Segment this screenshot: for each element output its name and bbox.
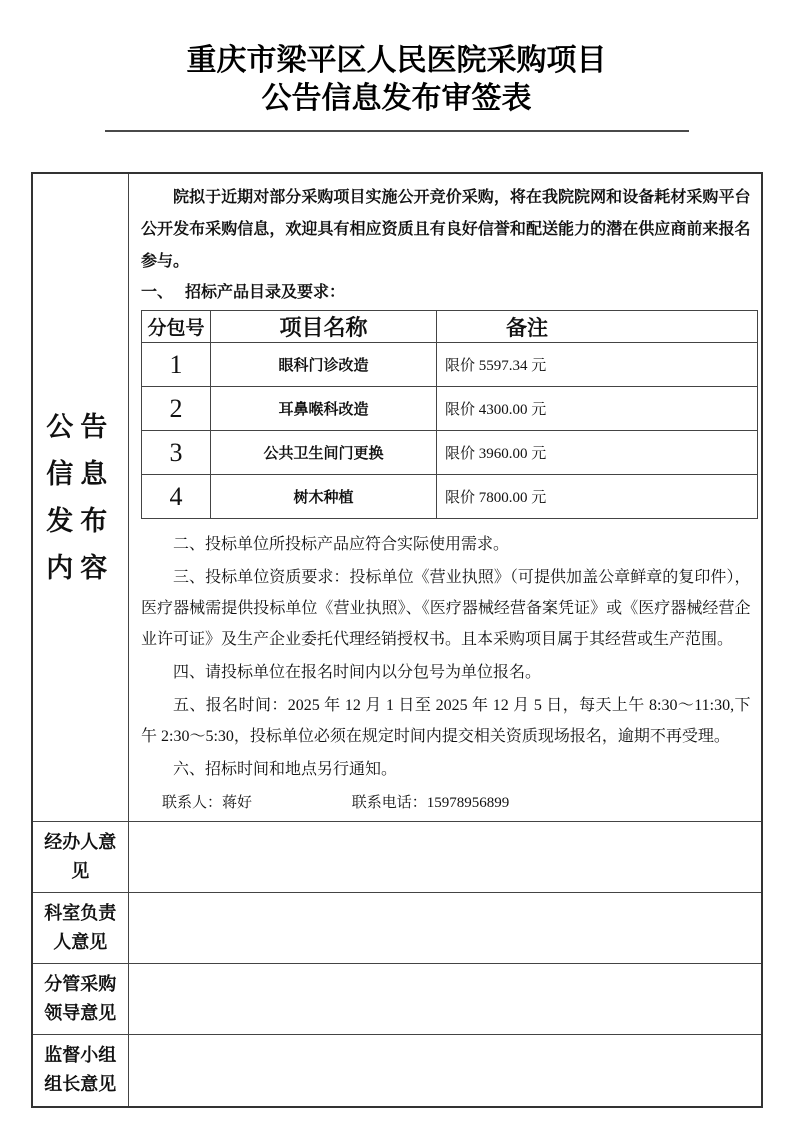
content-cell: 院拟于近期对部分采购项目实施公开竞价采购，将在我院院网和设备耗材采购平台公开发布… <box>129 173 762 822</box>
signature-row-supervision-group: 监督小组组长意见 <box>32 1035 762 1107</box>
signature-cell-supervision-group <box>129 1035 762 1107</box>
section1-heading: 一、 招标产品目录及要求： <box>141 278 751 308</box>
title-underline <box>105 130 689 132</box>
document-page: 重庆市梁平区人民医院采购项目 公告信息发布审签表 公告信息发布内容 院拟于近期对… <box>0 0 793 1122</box>
signature-cell-handler <box>129 822 762 893</box>
project-name-cell: 眼科门诊改造 <box>211 343 437 387</box>
approval-form-table: 公告信息发布内容 院拟于近期对部分采购项目实施公开竞价采购，将在我院院网和设备耗… <box>31 172 763 1108</box>
intro-paragraph: 院拟于近期对部分采购项目实施公开竞价采购，将在我院院网和设备耗材采购平台公开发布… <box>141 182 751 278</box>
clause-3: 三、投标单位资质要求：投标单位《营业执照》（可提供加盖公章鲜章的复印件），医疗器… <box>141 562 751 655</box>
project-name-cell: 树木种植 <box>211 475 437 519</box>
contact-person-value: 蒋好 <box>222 795 252 811</box>
clause-6: 六、招标时间和地点另行通知。 <box>141 754 751 785</box>
package-number-cell: 2 <box>142 387 211 431</box>
contact-line: 联系人：蒋好 联系电话：15978956899 <box>141 789 751 817</box>
clause-4: 四、请投标单位在报名时间内以分包号为单位报名。 <box>141 657 751 688</box>
package-number-cell: 3 <box>142 431 211 475</box>
product-row: 3 公共卫生间门更换 限价 3960.00 元 <box>142 431 758 475</box>
header-package-number: 分包号 <box>142 311 211 343</box>
signature-label-supervision-group: 监督小组组长意见 <box>32 1035 129 1107</box>
product-row: 2 耳鼻喉科改造 限价 4300.00 元 <box>142 387 758 431</box>
contact-phone-value: 15978956899 <box>427 795 510 811</box>
note-cell: 限价 5597.34 元 <box>437 343 758 387</box>
signature-cell-procurement-leader <box>129 964 762 1035</box>
page-title-line1: 重庆市梁平区人民医院采购项目 <box>0 42 793 80</box>
package-number-cell: 4 <box>142 475 211 519</box>
project-name-cell: 耳鼻喉科改造 <box>211 387 437 431</box>
signature-cell-department-head <box>129 893 762 964</box>
product-table: 分包号 项目名称 备注 1 眼科门诊改造 限价 5597.34 元 <box>141 310 758 519</box>
signature-label-handler: 经办人意见 <box>32 822 129 893</box>
signature-row-procurement-leader: 分管采购领导意见 <box>32 964 762 1035</box>
content-row-label: 公告信息发布内容 <box>45 404 115 592</box>
project-name-cell: 公共卫生间门更换 <box>211 431 437 475</box>
contact-phone-group: 联系电话：15978956899 <box>352 795 510 811</box>
content-row: 公告信息发布内容 院拟于近期对部分采购项目实施公开竞价采购，将在我院院网和设备耗… <box>32 173 762 822</box>
signature-label-procurement-leader: 分管采购领导意见 <box>32 964 129 1035</box>
page-title-line2: 公告信息发布审签表 <box>0 80 793 118</box>
note-cell: 限价 4300.00 元 <box>437 387 758 431</box>
content-row-label-cell: 公告信息发布内容 <box>32 173 129 822</box>
product-row: 4 树木种植 限价 7800.00 元 <box>142 475 758 519</box>
contact-person-label: 联系人： <box>162 795 222 811</box>
note-cell: 限价 7800.00 元 <box>437 475 758 519</box>
signature-row-department-head: 科室负责人意见 <box>32 893 762 964</box>
product-row: 1 眼科门诊改造 限价 5597.34 元 <box>142 343 758 387</box>
page-title: 重庆市梁平区人民医院采购项目 公告信息发布审签表 <box>0 0 793 118</box>
contact-phone-label: 联系电话： <box>352 795 427 811</box>
note-cell: 限价 3960.00 元 <box>437 431 758 475</box>
product-table-header-row: 分包号 项目名称 备注 <box>142 311 758 343</box>
header-project-name: 项目名称 <box>211 311 437 343</box>
clause-2: 二、投标单位所投标产品应符合实际使用需求。 <box>141 529 751 560</box>
signature-row-handler: 经办人意见 <box>32 822 762 893</box>
clause-5: 五、报名时间：2025 年 12 月 1 日至 2025 年 12 月 5 日，… <box>141 690 751 752</box>
signature-label-department-head: 科室负责人意见 <box>32 893 129 964</box>
package-number-cell: 1 <box>142 343 211 387</box>
header-note: 备注 <box>437 311 758 343</box>
